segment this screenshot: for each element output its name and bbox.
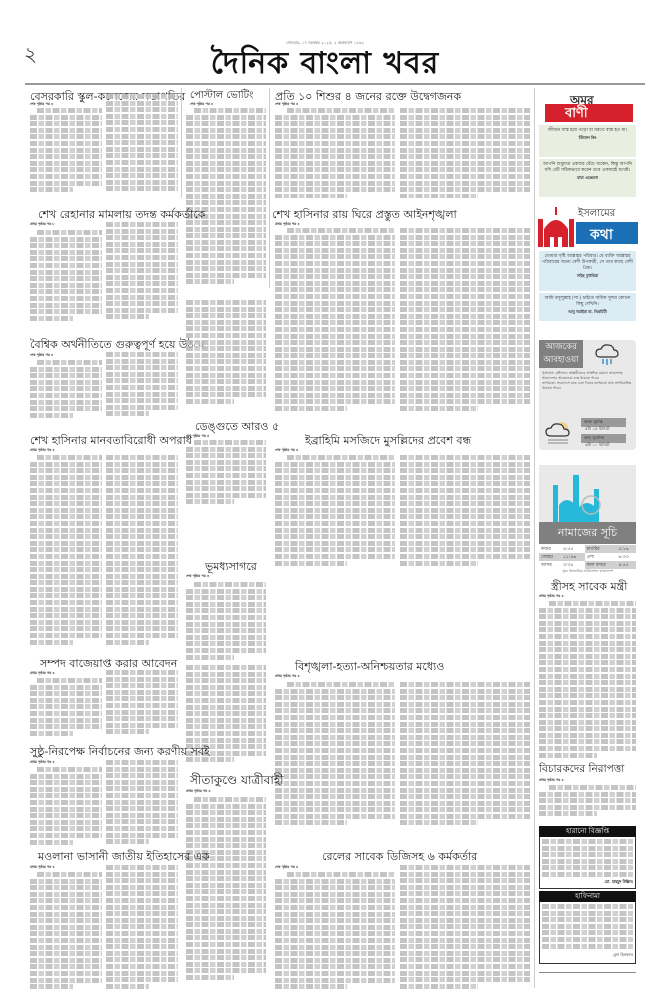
- article-body: [186, 300, 266, 410]
- continued-label: প্রথম পৃষ্ঠার পর ৮: [30, 222, 55, 228]
- prayer-row: ফজর ৪:৫৫ মাগরিব ৫:১৬: [539, 545, 636, 553]
- continued-label: প্রথম পৃষ্ঠার পর ৪: [539, 778, 564, 784]
- headline-children-blood[interactable]: প্রতি ১০ শিশুর ৪ জনের রক্তে উদ্বেগজনক: [275, 88, 461, 107]
- notice-signature: -মুনা হিলফাত: [542, 952, 633, 959]
- headline-judges-security[interactable]: বিচারকদের নিরাপত্তা: [539, 762, 624, 779]
- article-body: [186, 797, 266, 987]
- sunrise-time: ৬টা ১০ মিনিটে: [585, 442, 609, 449]
- article-body: [275, 228, 395, 413]
- prayer-title: নামাজের সূচি: [539, 522, 636, 544]
- quote-author: মায়া এঞ্জেলো: [542, 175, 633, 181]
- continued-label: প্রথম পৃষ্ঠার পর ৪: [30, 760, 55, 766]
- quote-author: আবু হুরাইরা রা. তিরমিযী: [542, 309, 633, 315]
- article-body: [106, 760, 178, 847]
- notice-text: [542, 904, 633, 952]
- article-body: [275, 108, 395, 198]
- continued-label: শেষ পৃষ্ঠার পর ৪: [275, 448, 298, 454]
- article-body: [186, 582, 266, 662]
- notice-signature: মো. মাহমুদ উল্লিন।: [542, 879, 633, 886]
- headline-mediterranean[interactable]: ভূমধ্যসাগরে: [205, 558, 257, 577]
- mosque-icon: [536, 205, 576, 247]
- article-body: [30, 872, 102, 992]
- continued-label: প্রথম পৃষ্ঠার পর ৪: [275, 674, 300, 680]
- article-body: [106, 94, 178, 198]
- bani-logo-banner: [545, 104, 633, 122]
- article-body: [400, 682, 530, 832]
- prayer-row: জোহর ১১:৪৬ এশা ৬:৩৩: [539, 553, 636, 561]
- prayer-name: কাল ফজর: [585, 561, 617, 569]
- bani-logo-text: বাণী: [565, 104, 588, 125]
- article-body: [30, 108, 102, 198]
- continued-label: শেষ পৃষ্ঠার পর ৪: [186, 574, 209, 580]
- cloud-sun-icon: [544, 418, 574, 446]
- prayer-name: জোহর: [539, 553, 561, 561]
- quote-box: আমি রসূলুল্লাহ (সা.) চাইতে অধিক সুন্দর ক…: [539, 293, 636, 321]
- prayer-row: আসর ৩:৩৫ কাল ফজর ৪:৫৫: [539, 561, 636, 569]
- column-rule: [181, 88, 182, 198]
- quote-author: স্টিফেন কিং: [542, 135, 633, 141]
- rain-cloud-icon: [594, 343, 620, 367]
- article-body: [30, 455, 102, 650]
- lost-notice-body: মো. মাহমুদ উল্লিন।: [539, 837, 636, 889]
- notice-text: [542, 839, 633, 879]
- continued-label: প্রথম পৃষ্ঠার পর ৪: [30, 865, 55, 871]
- sidebar-rule: [534, 88, 535, 988]
- quote-text: আপনি শুধুমাত্র একবার বেঁচে থাকেন, কিন্তু…: [543, 162, 632, 173]
- article-body: [30, 678, 102, 738]
- headline-ibrahimi-mosque[interactable]: ইব্রাহিমি মসজিদে মুসল্লিদের প্রবেশ বন্ধ: [305, 432, 471, 451]
- quote-box: আপনি শুধুমাত্র একবার বেঁচে থাকেন, কিন্তু…: [539, 159, 636, 197]
- article-body: [400, 228, 530, 413]
- quote-text: তোমার সৃষ্টি আল্লাহর পরিবার। যে ব্যক্তি …: [542, 254, 633, 271]
- prayer-name: ফজর: [539, 545, 561, 553]
- article-body: [186, 440, 266, 510]
- article-body: [539, 601, 636, 761]
- prayer-time: ৩:৩৫: [561, 561, 585, 569]
- quote-text: আমি রসূলুল্লাহ (সা.) চাইতে অধিক সুন্দর ক…: [545, 296, 631, 307]
- continued-label: প্রথম পৃষ্ঠার পর ৪: [539, 594, 564, 600]
- continued-label: শেষ পৃষ্ঠার পর ৪: [30, 353, 53, 359]
- article-body: [106, 455, 178, 650]
- weather-title: আজকের আবহাওয়া: [539, 340, 583, 368]
- continued-label: প্রথম পৃষ্ঠার পর ৪: [30, 448, 55, 454]
- article-body: [106, 222, 178, 322]
- article-body: [275, 682, 395, 832]
- prayer-time: ৫:১৬: [616, 545, 636, 553]
- quote-box: তোমার সৃষ্টি আল্লাহর পরিবার। যে ব্যক্তি …: [539, 251, 636, 291]
- newspaper-page: ২ সোমবার, ১৭ নভেম্বর ২০২৫, ২ অগ্রহায়ণ ১…: [0, 0, 650, 999]
- bottom-rule: [539, 972, 636, 973]
- mosque-clock-icon: [549, 471, 609, 523]
- affidavit-title: হাফিনামা: [539, 891, 636, 902]
- prayer-source: সূত্র: ইসলামিক ফাউন্ডেশন বাংলাদেশ: [539, 569, 636, 575]
- masthead-rule: [25, 83, 645, 85]
- article-body: [106, 670, 178, 738]
- temperature-text: তাপমাত্রা: সারাদেশে রাত এবং দিনের তাপমাত…: [542, 381, 633, 391]
- prayer-table: ফজর ৪:৫৫ মাগরিব ৫:১৬ জোহর ১১:৪৬ এশা ৬:৩৩…: [539, 545, 636, 569]
- quote-author: সহিহ বুখারিয়া: [542, 273, 633, 279]
- article-body: [30, 230, 102, 322]
- islamer-logo-top: ইসলামের: [578, 206, 615, 223]
- prayer-time: ৬:৩৩: [616, 553, 636, 561]
- article-body: [106, 352, 178, 420]
- prayer-banner: [539, 465, 636, 523]
- headline-chaos-murder[interactable]: বিশৃঙ্খলা-হত্যা-অনিশ্চয়তার মধ্যেও: [295, 658, 444, 677]
- prayer-name: মাগরিব: [585, 545, 617, 553]
- weather-title-line1: আজকের: [539, 341, 583, 354]
- article-body: [400, 455, 530, 570]
- forecast-text: পূর্বাভাস: বৃষ্টিপাত: অস্থায়ীভাবে আংশিক…: [542, 371, 633, 381]
- article-body: [30, 360, 102, 420]
- kotha-logo-text: কথা: [590, 223, 613, 247]
- article-body: [275, 455, 395, 570]
- article-body: [400, 865, 530, 992]
- sunset-time: ৫টা ১৫ মিনিটে: [585, 426, 609, 433]
- masthead: দৈনিক বাংলা খবর: [0, 46, 650, 82]
- continued-label: প্রথম পৃষ্ঠার পর ৪: [186, 789, 211, 795]
- prayer-time: ১১:৪৬: [561, 553, 585, 561]
- prayer-time: ৪:৫৫: [561, 545, 585, 553]
- prayer-name: আসর: [539, 561, 561, 569]
- column-rule: [269, 88, 270, 288]
- weather-title-line2: আবহাওয়া: [539, 354, 583, 367]
- prayer-time: ৪:৫৫: [616, 561, 636, 569]
- affidavit-body: -মুনা হিলফাত: [539, 902, 636, 964]
- weather-box: আজকের আবহাওয়া পূর্বাভাস: বৃষ্টিপাত: অস্…: [539, 340, 636, 450]
- prayer-name: এশা: [585, 553, 617, 561]
- continued-label: শেষ পৃষ্ঠার পর ৪: [275, 865, 298, 871]
- quote-text: জীবনে ব্যস্ত হয়ে পড়ো বা মরতে ব্যস্ত হও…: [548, 128, 627, 133]
- article-body: [30, 767, 102, 847]
- article-body: [106, 865, 178, 992]
- article-body: [275, 872, 395, 992]
- lost-notice-title: হারানো বিজ্ঞপ্তি: [539, 826, 636, 837]
- article-body: [400, 108, 530, 198]
- article-body: [186, 108, 266, 293]
- weather-forecast: পূর্বাভাস: বৃষ্টিপাত: অস্থায়ীভাবে আংশিক…: [542, 371, 633, 391]
- quote-box: জীবনে ব্যস্ত হয়ে পড়ো বা মরতে ব্যস্ত হও…: [539, 125, 636, 157]
- continued-label: প্রথম পৃষ্ঠার পর ৪: [30, 671, 55, 677]
- article-body: [539, 785, 636, 819]
